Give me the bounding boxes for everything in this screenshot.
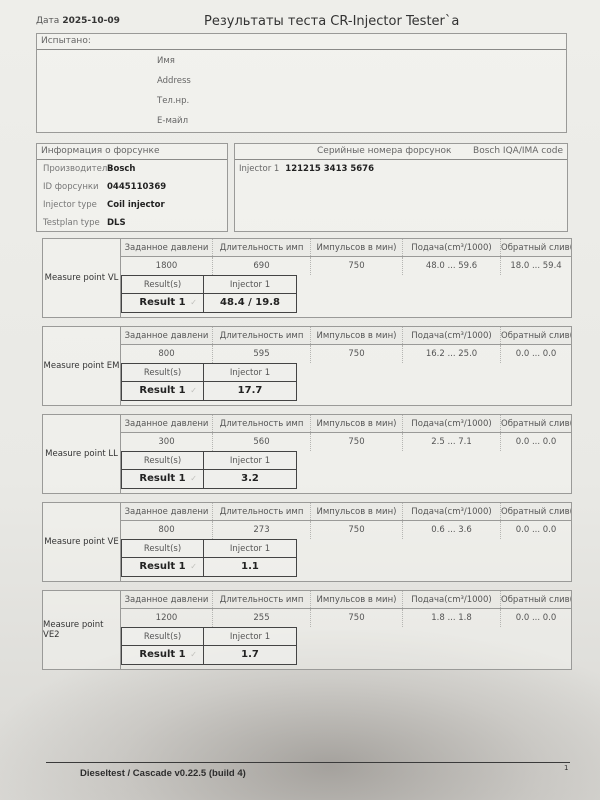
result-label-text: Result 1 <box>139 649 185 660</box>
column-header: Длительность имп <box>213 239 311 256</box>
check-icon: ✓ <box>190 470 197 488</box>
info-value: DLS <box>107 218 126 228</box>
value-duration: 273 <box>213 521 311 539</box>
measure-point-block: Measure point EM Заданное давлениДлитель… <box>42 326 572 406</box>
parameter-header-row: Заданное давлениДлительность импИмпульсо… <box>121 503 571 521</box>
result-header-row: Result(s) Injector 1 <box>122 628 296 646</box>
field-email: E-майл <box>157 116 191 136</box>
result-col-injector: Injector 1 <box>204 628 296 645</box>
check-icon: ✓ <box>190 382 197 400</box>
customer-fields: Имя Address Тел.нр. E-майл <box>157 56 191 136</box>
field-address: Address <box>157 76 191 96</box>
parameter-value-row: 80059575016.2 ... 25.00.0 ... 0.0 <box>121 345 571 363</box>
result-value: 48.4 / 19.8 <box>204 294 296 312</box>
result-row: Result 1✓ 1.1 <box>122 558 296 576</box>
column-header: Обратный слив(cп <box>501 415 571 432</box>
injector-info-section: Информация о форсунке ПроизводительBosch… <box>36 143 228 232</box>
result-value: 17.7 <box>204 382 296 400</box>
serials-section: Серийные номера форсунок Bosch IQA/IMA c… <box>234 143 568 232</box>
measure-point-label: Measure point VE2 <box>43 591 121 669</box>
measure-point-label: Measure point EM <box>43 327 121 405</box>
column-header: Обратный слив(cп <box>501 591 571 608</box>
serials-header: Серийные номера форсунок Bosch IQA/IMA c… <box>235 144 567 160</box>
result-label-text: Result 1 <box>139 385 185 396</box>
software-version: Dieseltest / Cascade v0.22.5 (build 4) <box>80 768 246 779</box>
result-table: Result(s) Injector 1 Result 1✓ 1.7 <box>121 627 297 665</box>
result-table: Result(s) Injector 1 Result 1✓ 3.2 <box>121 451 297 489</box>
tested-section: Испытано: Имя Address Тел.нр. E-майл <box>36 33 567 133</box>
column-header: Импульсов в мин) <box>311 503 403 520</box>
info-row: Injector typeCoil injector <box>37 196 227 214</box>
value-duration: 595 <box>213 345 311 363</box>
column-header: Длительность имп <box>213 503 311 520</box>
result-label-text: Result 1 <box>139 561 185 572</box>
value-pressure: 1800 <box>121 257 213 275</box>
column-header: Обратный слив(cп <box>501 239 571 256</box>
column-header: Подача(cm³/1000) <box>403 503 501 520</box>
value-pulses: 750 <box>311 257 403 275</box>
result-label-text: Result 1 <box>139 297 185 308</box>
tested-title: Испытано: <box>37 34 566 50</box>
serial-entry: Injector 1121215 3413 5676 <box>235 160 567 178</box>
column-header: Подача(cm³/1000) <box>403 327 501 344</box>
column-header: Обратный слив(cп <box>501 327 571 344</box>
result-col-label: Result(s) <box>122 628 204 645</box>
value-pulses: 750 <box>311 345 403 363</box>
result-col-injector: Injector 1 <box>204 540 296 557</box>
result-col-label: Result(s) <box>122 364 204 381</box>
value-duration: 560 <box>213 433 311 451</box>
value-return: 0.0 ... 0.0 <box>501 433 571 451</box>
result-header-row: Result(s) Injector 1 <box>122 452 296 470</box>
info-row: ПроизводительBosch <box>37 160 227 178</box>
value-delivery: 16.2 ... 25.0 <box>403 345 501 363</box>
value-duration: 255 <box>213 609 311 627</box>
report-header: Дата2025-10-09 Результаты теста CR-Injec… <box>36 14 572 32</box>
info-row: Testplan typeDLS <box>37 214 227 232</box>
result-col-injector: Injector 1 <box>204 276 296 293</box>
result-row: Result 1✓ 17.7 <box>122 382 296 400</box>
serial-injector-label: Injector 1 <box>239 164 279 174</box>
value-delivery: 2.5 ... 7.1 <box>403 433 501 451</box>
value-delivery: 48.0 ... 59.6 <box>403 257 501 275</box>
info-key: ID форсунки <box>43 182 107 192</box>
serials-title: Серийные номера форсунок <box>317 146 451 157</box>
value-duration: 690 <box>213 257 311 275</box>
date-caption: Дата <box>36 16 59 26</box>
column-header: Длительность имп <box>213 415 311 432</box>
parameter-header-row: Заданное давлениДлительность импИмпульсо… <box>121 591 571 609</box>
result-col-label: Result(s) <box>122 540 204 557</box>
result-label: Result 1✓ <box>122 558 204 576</box>
column-header: Длительность имп <box>213 591 311 608</box>
parameter-value-row: 180069075048.0 ... 59.618.0 ... 59.4 <box>121 257 571 275</box>
column-header: Заданное давлени <box>121 415 213 432</box>
parameter-value-row: 8002737500.6 ... 3.60.0 ... 0.0 <box>121 521 571 539</box>
column-header: Импульсов в мин) <box>311 239 403 256</box>
value-pressure: 800 <box>121 345 213 363</box>
field-phone: Тел.нр. <box>157 96 191 116</box>
measure-point-label: Measure point VE <box>43 503 121 581</box>
parameter-header-row: Заданное давлениДлительность импИмпульсо… <box>121 327 571 345</box>
result-row: Result 1✓ 1.7 <box>122 646 296 664</box>
info-row: ID форсунки0445110369 <box>37 178 227 196</box>
value-pulses: 750 <box>311 521 403 539</box>
result-row: Result 1✓ 48.4 / 19.8 <box>122 294 296 312</box>
report-title: Результаты теста CR-Injector Tester`a <box>204 14 459 29</box>
result-col-label: Result(s) <box>122 276 204 293</box>
parameter-value-row: 12002557501.8 ... 1.80.0 ... 0.0 <box>121 609 571 627</box>
column-header: Заданное давлени <box>121 239 213 256</box>
result-table: Result(s) Injector 1 Result 1✓ 48.4 / 19… <box>121 275 297 313</box>
field-name: Имя <box>157 56 191 76</box>
column-header: Длительность имп <box>213 327 311 344</box>
result-row: Result 1✓ 3.2 <box>122 470 296 488</box>
value-delivery: 1.8 ... 1.8 <box>403 609 501 627</box>
info-key: Производитель <box>43 164 107 174</box>
info-value: Coil injector <box>107 200 165 210</box>
column-header: Импульсов в мин) <box>311 327 403 344</box>
measure-point-label: Measure point VL <box>43 239 121 317</box>
result-col-injector: Injector 1 <box>204 452 296 469</box>
value-return: 18.0 ... 59.4 <box>501 257 571 275</box>
result-table: Result(s) Injector 1 Result 1✓ 1.1 <box>121 539 297 577</box>
result-value: 1.1 <box>204 558 296 576</box>
result-col-label: Result(s) <box>122 452 204 469</box>
date-value: 2025-10-09 <box>62 16 120 26</box>
result-header-row: Result(s) Injector 1 <box>122 364 296 382</box>
column-header: Заданное давлени <box>121 327 213 344</box>
check-icon: ✓ <box>190 558 197 576</box>
value-pressure: 300 <box>121 433 213 451</box>
result-header-row: Result(s) Injector 1 <box>122 276 296 294</box>
column-header: Подача(cm³/1000) <box>403 239 501 256</box>
measure-point-block: Measure point VL Заданное давлениДлитель… <box>42 238 572 318</box>
date-label: Дата2025-10-09 <box>36 16 120 26</box>
parameter-header-row: Заданное давлениДлительность импИмпульсо… <box>121 239 571 257</box>
value-return: 0.0 ... 0.0 <box>501 521 571 539</box>
iqa-code-title: Bosch IQA/IMA code <box>473 146 563 157</box>
result-label: Result 1✓ <box>122 294 204 312</box>
measure-point-label: Measure point LL <box>43 415 121 493</box>
measure-point-block: Measure point LL Заданное давлениДлитель… <box>42 414 572 494</box>
column-header: Импульсов в мин) <box>311 591 403 608</box>
info-key: Testplan type <box>43 218 107 228</box>
result-label: Result 1✓ <box>122 646 204 664</box>
result-col-injector: Injector 1 <box>204 364 296 381</box>
result-label: Result 1✓ <box>122 382 204 400</box>
measure-point-block: Measure point VE2 Заданное давлениДлител… <box>42 590 572 670</box>
value-pulses: 750 <box>311 609 403 627</box>
value-pulses: 750 <box>311 433 403 451</box>
footer-divider <box>46 762 570 763</box>
info-key: Injector type <box>43 200 107 210</box>
column-header: Заданное давлени <box>121 591 213 608</box>
measure-point-block: Measure point VE Заданное давлениДлитель… <box>42 502 572 582</box>
column-header: Обратный слив(cп <box>501 503 571 520</box>
parameter-header-row: Заданное давлениДлительность импИмпульсо… <box>121 415 571 433</box>
value-pressure: 1200 <box>121 609 213 627</box>
check-icon: ✓ <box>190 646 197 664</box>
value-return: 0.0 ... 0.0 <box>501 345 571 363</box>
check-icon: ✓ <box>190 294 197 312</box>
info-value: 0445110369 <box>107 182 166 192</box>
parameter-value-row: 3005607502.5 ... 7.10.0 ... 0.0 <box>121 433 571 451</box>
value-delivery: 0.6 ... 3.6 <box>403 521 501 539</box>
result-label-text: Result 1 <box>139 473 185 484</box>
result-label: Result 1✓ <box>122 470 204 488</box>
result-value: 1.7 <box>204 646 296 664</box>
injector-info-title: Информация о форсунке <box>37 144 227 160</box>
column-header: Подача(cm³/1000) <box>403 415 501 432</box>
info-value: Bosch <box>107 164 135 174</box>
result-table: Result(s) Injector 1 Result 1✓ 17.7 <box>121 363 297 401</box>
serial-number: 121215 3413 5676 <box>285 164 374 174</box>
value-pressure: 800 <box>121 521 213 539</box>
column-header: Подача(cm³/1000) <box>403 591 501 608</box>
page-number: 1 <box>564 764 568 772</box>
result-value: 3.2 <box>204 470 296 488</box>
result-header-row: Result(s) Injector 1 <box>122 540 296 558</box>
column-header: Заданное давлени <box>121 503 213 520</box>
column-header: Импульсов в мин) <box>311 415 403 432</box>
value-return: 0.0 ... 0.0 <box>501 609 571 627</box>
